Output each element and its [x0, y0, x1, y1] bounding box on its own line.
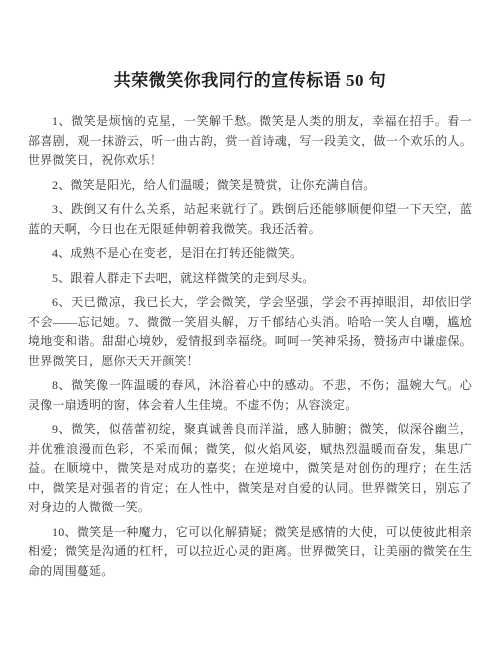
paragraph-2: 2、微笑是阳光，给人们温暖；微笑是赞赏，让你充满自信。 [28, 176, 472, 196]
paragraph-10: 10、微笑是一种魔力，它可以化解猜疑；微笑是感情的大使，可以使彼此相亲相爱；微笑… [28, 523, 472, 582]
paragraph-4: 4、成熟不是心在变老，是泪在打转还能微笑。 [28, 244, 472, 264]
document-page: 共荣微笑你我同行的宣传标语 50 句 1、微笑是烦恼的克星，一笑解千愁。微笑是人… [0, 0, 500, 647]
paragraph-1: 1、微笑是烦恼的克星，一笑解千愁。微笑是人类的朋友，幸福在招手。看一部喜剧，观一… [28, 112, 472, 171]
document-title: 共荣微笑你我同行的宣传标语 50 句 [28, 68, 472, 94]
paragraph-6-7: 6、天已微凉，我已长大，学会微笑，学会坚强，学会不再掉眼泪，却依旧学不会——忘记… [28, 293, 472, 371]
paragraph-3: 3、跌倒又有什么关系，站起来就行了。跌倒后还能够顺便仰望一下天空，蓝蓝的天啊，今… [28, 200, 472, 239]
paragraph-9: 9、微笑，似蓓蕾初绽，聚真诚善良而洋溢，感人肺腑；微笑，似深谷幽兰，并优雅浪漫而… [28, 420, 472, 518]
paragraph-8: 8、微笑像一阵温暖的春风，沐浴着心中的感动。不悲，不伤；温婉大气。心灵像一扇透明… [28, 376, 472, 415]
paragraph-5: 5、跟着人群走下去吧，就这样微笑的走到尽头。 [28, 269, 472, 289]
